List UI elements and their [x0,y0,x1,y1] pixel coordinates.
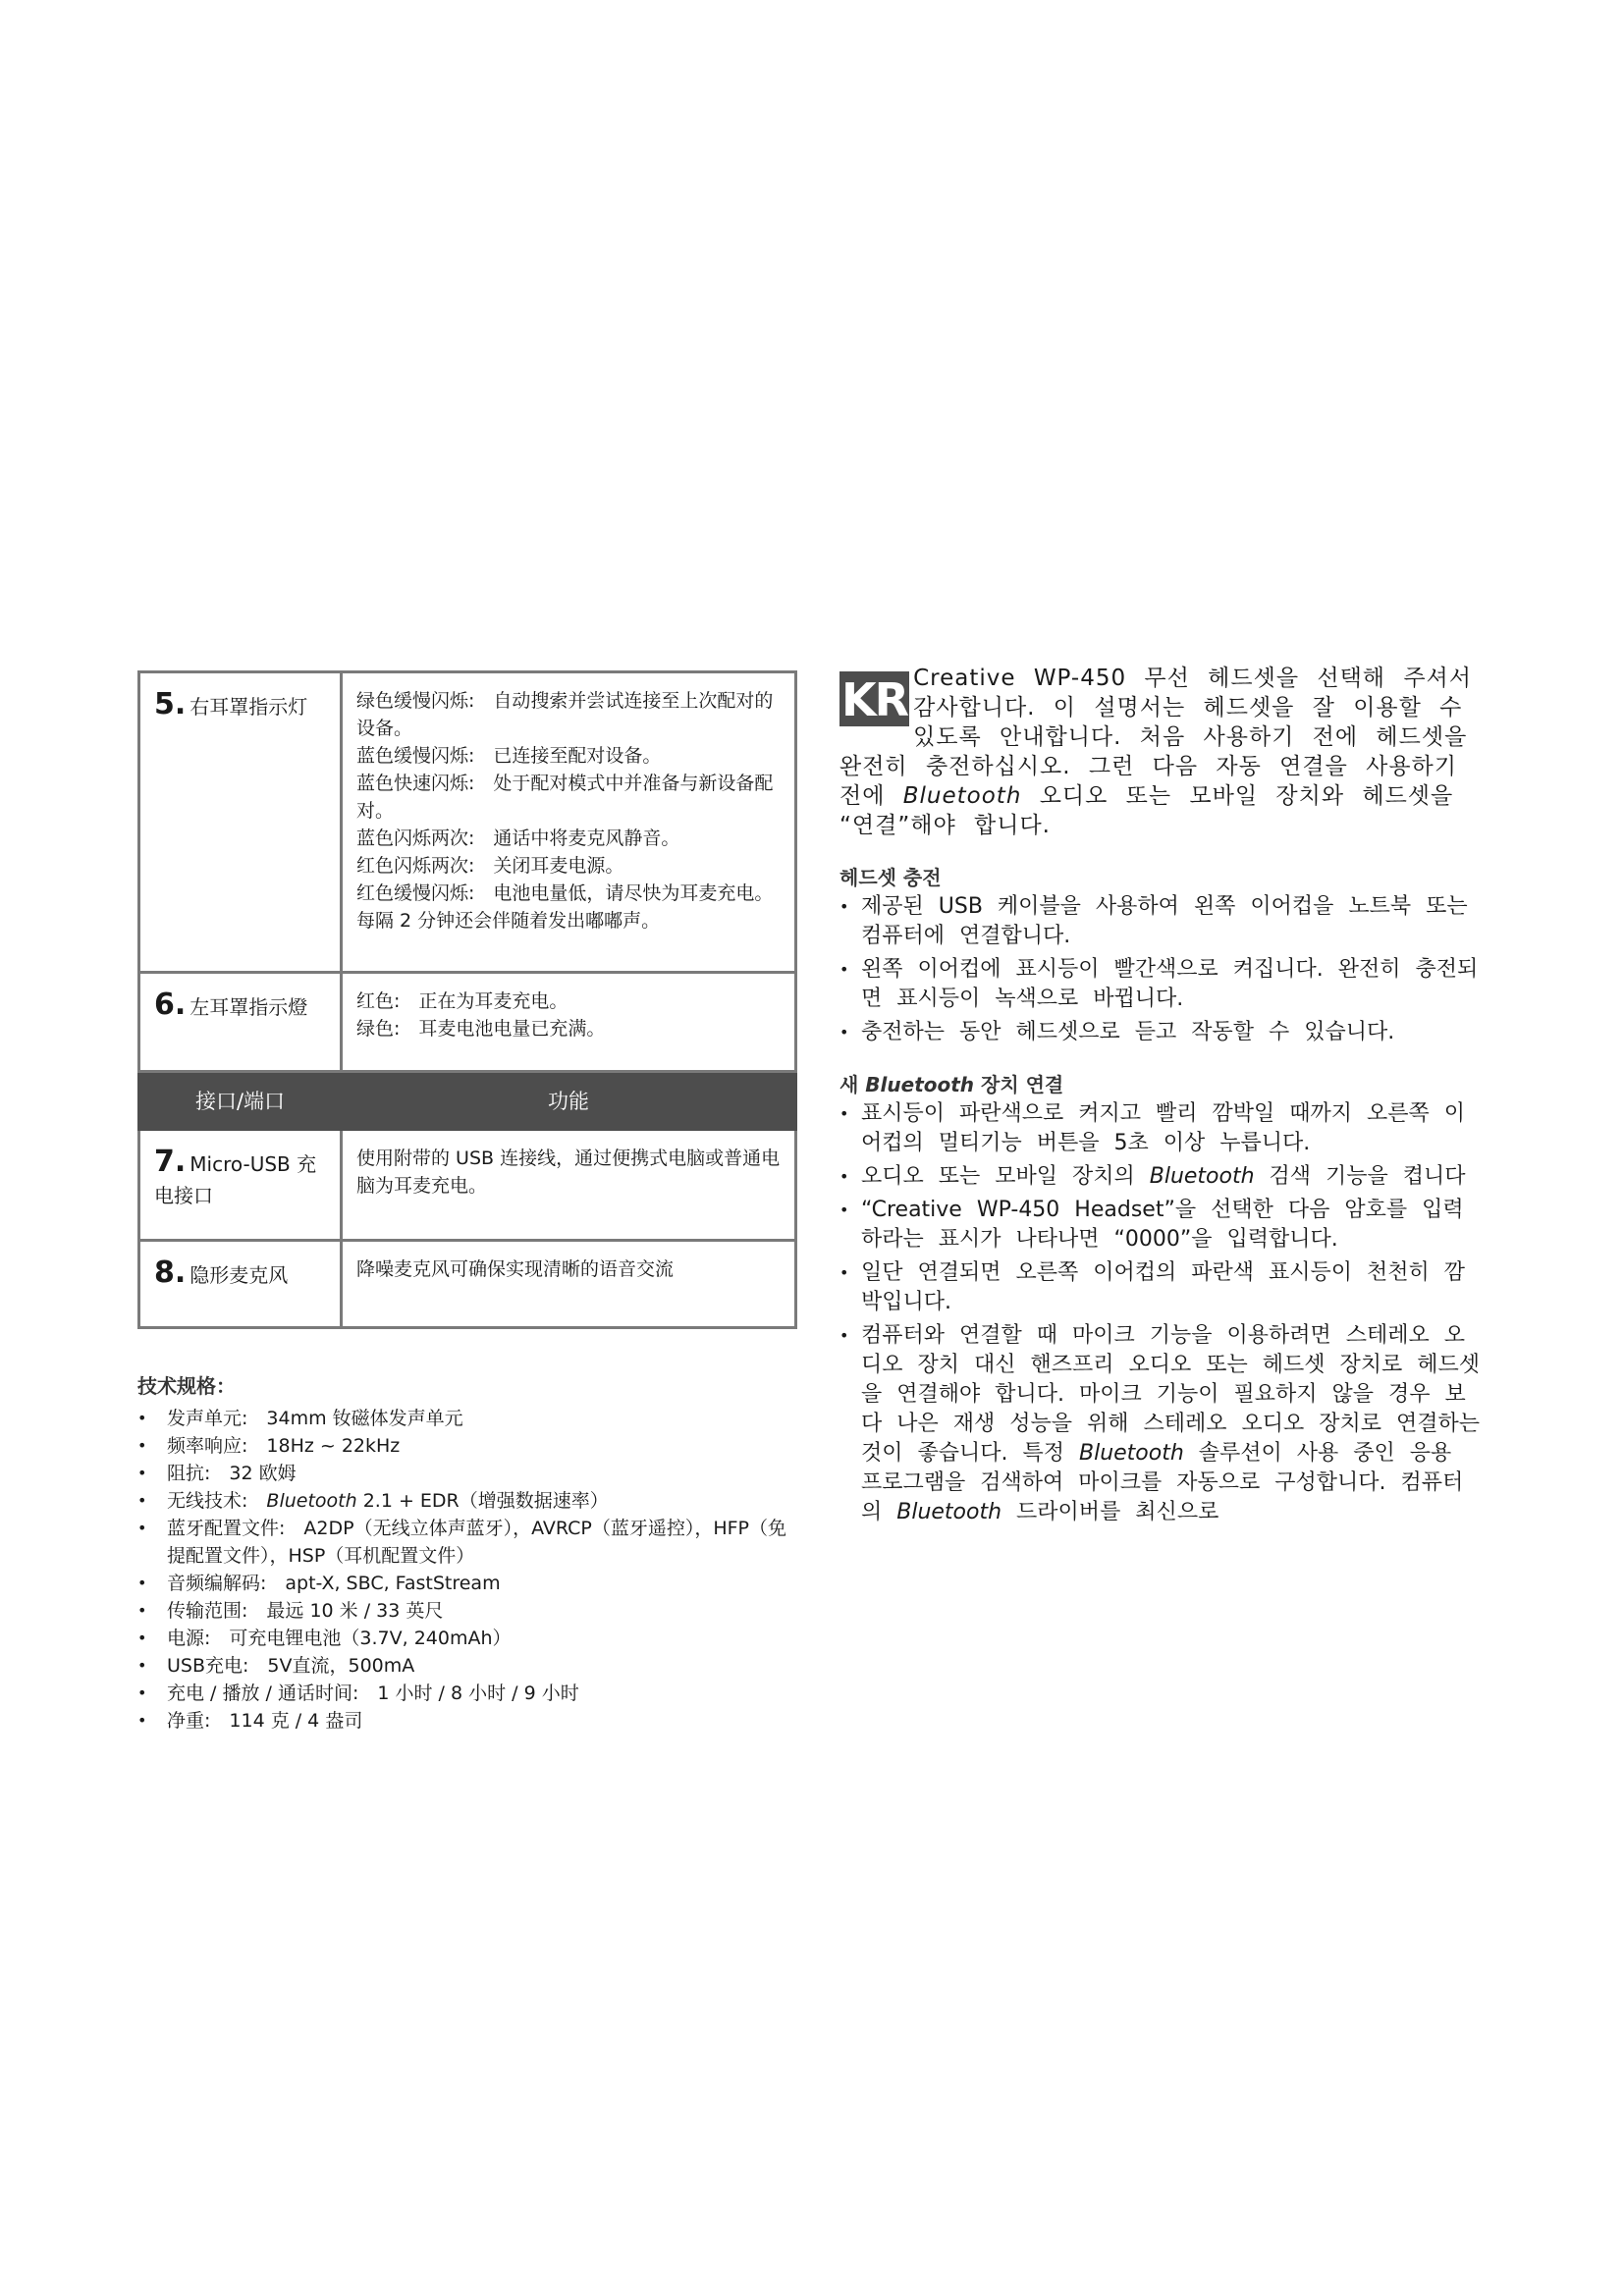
specs-title: 技术规格： [137,1370,795,1399]
korean-manual-column: KR Creative WP-450 무선 헤드셋을 선택해 주셔서 감사합니다… [839,664,1483,1531]
connect-title: 새 Bluetooth 장치 연결 [839,1069,1483,1097]
spec-label: 无线技术: [167,1490,266,1512]
language-badge-kr: KR [839,671,909,726]
desc-line: 红色: 正在为耳麦充电。 [356,988,785,1015]
header-function: 功能 [342,1072,796,1130]
row-label-text: 右耳罩指示灯 [189,695,307,719]
spec-item: 无线技术: Bluetooth 2.1 + EDR（增强数据速率） [137,1487,795,1515]
bluetooth-term: Bluetooth [266,1490,356,1512]
spec-item: 电源: 可充电锂电池（3.7V, 240mAh） [137,1625,795,1652]
desc-line: 红色闪烁两次: 关闭耳麦电源。 [356,852,785,880]
chinese-manual-column: 5.右耳罩指示灯 绿色缓慢闪烁: 自动搜索并尝试连接至上次配对的设备。 蓝色缓慢… [137,670,795,1735]
row-label: 5.右耳罩指示灯 [139,672,342,973]
table-row-micro-usb: 7.Micro-USB 充电接口 使用附带的 USB 连接线，通过便携式电脑或普… [139,1130,796,1241]
row-label-text: 左耳罩指示燈 [189,995,307,1019]
specs-list: 发声单元: 34mm 钕磁体发声单元 频率响应: 18Hz ~ 22kHz 阻抗… [137,1405,795,1735]
desc-line: 蓝色缓慢闪烁: 已连接至配对设备。 [356,742,785,770]
row-label: 8.隐形麦克风 [139,1241,342,1328]
bluetooth-term: Bluetooth [1150,1164,1255,1189]
desc-line: 绿色缓慢闪烁: 自动搜索并尝试连接至上次配对的设备。 [356,687,785,742]
desc-line: 红色缓慢闪烁: 电池电量低，请尽快为耳麦充电。每隔 2 分钟还会伴随着发出嘟嘟声… [356,880,785,934]
row-number: 6. [154,988,186,1022]
spec-item: 蓝牙配置文件: A2DP（无线立体声蓝牙），AVRCP（蓝牙遥控），HFP（免提… [137,1515,795,1570]
spec-item: 净重: 114 克 / 4 盎司 [137,1707,795,1735]
row-number: 7. [154,1145,186,1179]
table-row-hidden-mic: 8.隐形麦克风 降噪麦克风可确保实现清晰的语音交流 [139,1241,796,1328]
bluetooth-term: Bluetooth [865,1073,974,1096]
charging-title: 헤드셋 충전 [839,862,1483,890]
charging-list: 제공된 USB 케이블을 사용하여 왼쪽 이어컵을 노트북 또는 컴퓨터에 연결… [839,892,1483,1047]
spec-item: 阻抗: 32 欧姆 [137,1460,795,1487]
spec-item: 充电 / 播放 / 通话时间: 1 小时 / 8 小时 / 9 小时 [137,1680,795,1707]
spec-item: 传输范围: 最远 10 米 / 33 英尺 [137,1597,795,1625]
spec-item: 发声单元: 34mm 钕磁体发声单元 [137,1405,795,1432]
row-description: 降噪麦克风可确保实现清晰的语音交流 [342,1241,796,1328]
row-label-text: 隐形麦克风 [189,1263,288,1287]
bluetooth-term: Bluetooth [896,1500,1001,1524]
row-label: 7.Micro-USB 充电接口 [139,1130,342,1241]
bluetooth-term: Bluetooth [1079,1441,1184,1466]
desc-line: 蓝色闪烁两次: 通话中将麦克风静音。 [356,825,785,852]
row-description: 使用附带的 USB 连接线，通过便携式电脑或普通电脑为耳麦充电。 [342,1130,796,1241]
connect-list: 표시등이 파란색으로 켜지고 빨리 깜박일 때까지 오른쪽 이어컵의 멀티기능 … [839,1099,1483,1527]
connect-item: 일단 연결되면 오른쪽 이어컵의 파란색 표시등이 천천히 깜박입니다. [839,1258,1483,1317]
intro-paragraph: KR Creative WP-450 무선 헤드셋을 선택해 주셔서 감사합니다… [839,664,1483,840]
row-number: 5. [154,687,186,721]
tech-specs-section: 技术规格： 发声单元: 34mm 钕磁体发声单元 频率响应: 18Hz ~ 22… [137,1370,795,1735]
connect-item: 오디오 또는 모바일 장치의 Bluetooth 검색 기능을 켭니다 [839,1162,1483,1192]
spec-value: 2.1 + EDR（增强数据速率） [357,1490,609,1512]
spec-item: 频率响应: 18Hz ~ 22kHz [137,1432,795,1460]
charging-item: 충전하는 동안 헤드셋으로 듣고 작동할 수 있습니다. [839,1018,1483,1047]
row-label: 6.左耳罩指示燈 [139,973,342,1072]
spec-item: 音频编解码: apt-X, SBC, FastStream [137,1570,795,1597]
indicator-port-table: 5.右耳罩指示灯 绿色缓慢闪烁: 自动搜索并尝试连接至上次配对的设备。 蓝色缓慢… [137,670,797,1329]
row-description: 红色: 正在为耳麦充电。 绿色: 耳麦电池电量已充满。 [342,973,796,1072]
charging-item: 제공된 USB 케이블을 사용하여 왼쪽 이어컵을 노트북 또는 컴퓨터에 연결… [839,892,1483,951]
bluetooth-term: Bluetooth [903,783,1022,809]
table-row-right-earcup-indicator: 5.右耳罩指示灯 绿色缓慢闪烁: 自动搜索并尝试连接至上次配对的设备。 蓝色缓慢… [139,672,796,973]
header-port: 接口/端口 [139,1072,342,1130]
connect-item: 표시등이 파란색으로 켜지고 빨리 깜박일 때까지 오른쪽 이어컵의 멀티기능 … [839,1099,1483,1158]
connect-item: 컴퓨터와 연결할 때 마이크 기능을 이용하려면 스테레오 오디오 장치 대신 … [839,1321,1483,1527]
spec-item: USB充电: 5V直流，500mA [137,1652,795,1680]
row-number: 8. [154,1255,186,1290]
table-header-row: 接口/端口 功能 [139,1072,796,1130]
row-description: 绿色缓慢闪烁: 自动搜索并尝试连接至上次配对的设备。 蓝色缓慢闪烁: 已连接至配… [342,672,796,973]
desc-line: 蓝色快速闪烁: 处于配对模式中并准备与新设备配对。 [356,770,785,825]
charging-item: 왼쪽 이어컵에 표시등이 빨간색으로 켜집니다. 완전히 충전되면 표시등이 녹… [839,955,1483,1014]
desc-line: 绿色: 耳麦电池电量已充满。 [356,1015,785,1042]
charging-section: 헤드셋 충전 제공된 USB 케이블을 사용하여 왼쪽 이어컵을 노트북 또는 … [839,862,1483,1047]
connect-section: 새 Bluetooth 장치 연결 표시등이 파란색으로 켜지고 빨리 깜박일 … [839,1069,1483,1527]
table-row-left-earcup-indicator: 6.左耳罩指示燈 红色: 正在为耳麦充电。 绿色: 耳麦电池电量已充满。 [139,973,796,1072]
connect-item: “Creative WP-450 Headset”을 선택한 다음 암호를 입력… [839,1196,1483,1255]
